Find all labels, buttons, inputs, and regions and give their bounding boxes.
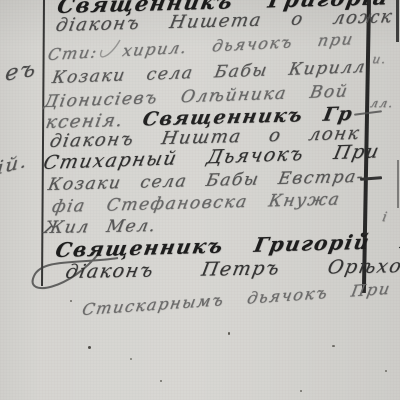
ink-dash [360, 176, 382, 180]
paper-speck [160, 380, 162, 382]
handwritten-line: Жил Мел. [42, 216, 158, 238]
paper-speck [228, 332, 230, 335]
margin-mark: еъ [4, 57, 37, 87]
edge-ink-fragment: лл. [369, 96, 396, 110]
scanned-register-page: Священникъ Григорій Ил діаконъ Нишета о … [0, 0, 400, 400]
edge-ink-fragment: и. [371, 52, 389, 66]
paper-speck [300, 390, 302, 392]
edge-ink-fragment: і [381, 210, 390, 225]
margin-mark: ій. [0, 150, 29, 179]
table-rule-left [41, 0, 45, 286]
paper-speck [88, 346, 91, 349]
table-rule-edge-mid [397, 160, 399, 208]
paper-speck [70, 300, 72, 302]
paper-speck [130, 358, 132, 360]
paper-speck [385, 370, 387, 372]
handwritten-line: Стискарнымъ дьячокъ При [81, 279, 393, 319]
paper-speck [332, 345, 335, 347]
